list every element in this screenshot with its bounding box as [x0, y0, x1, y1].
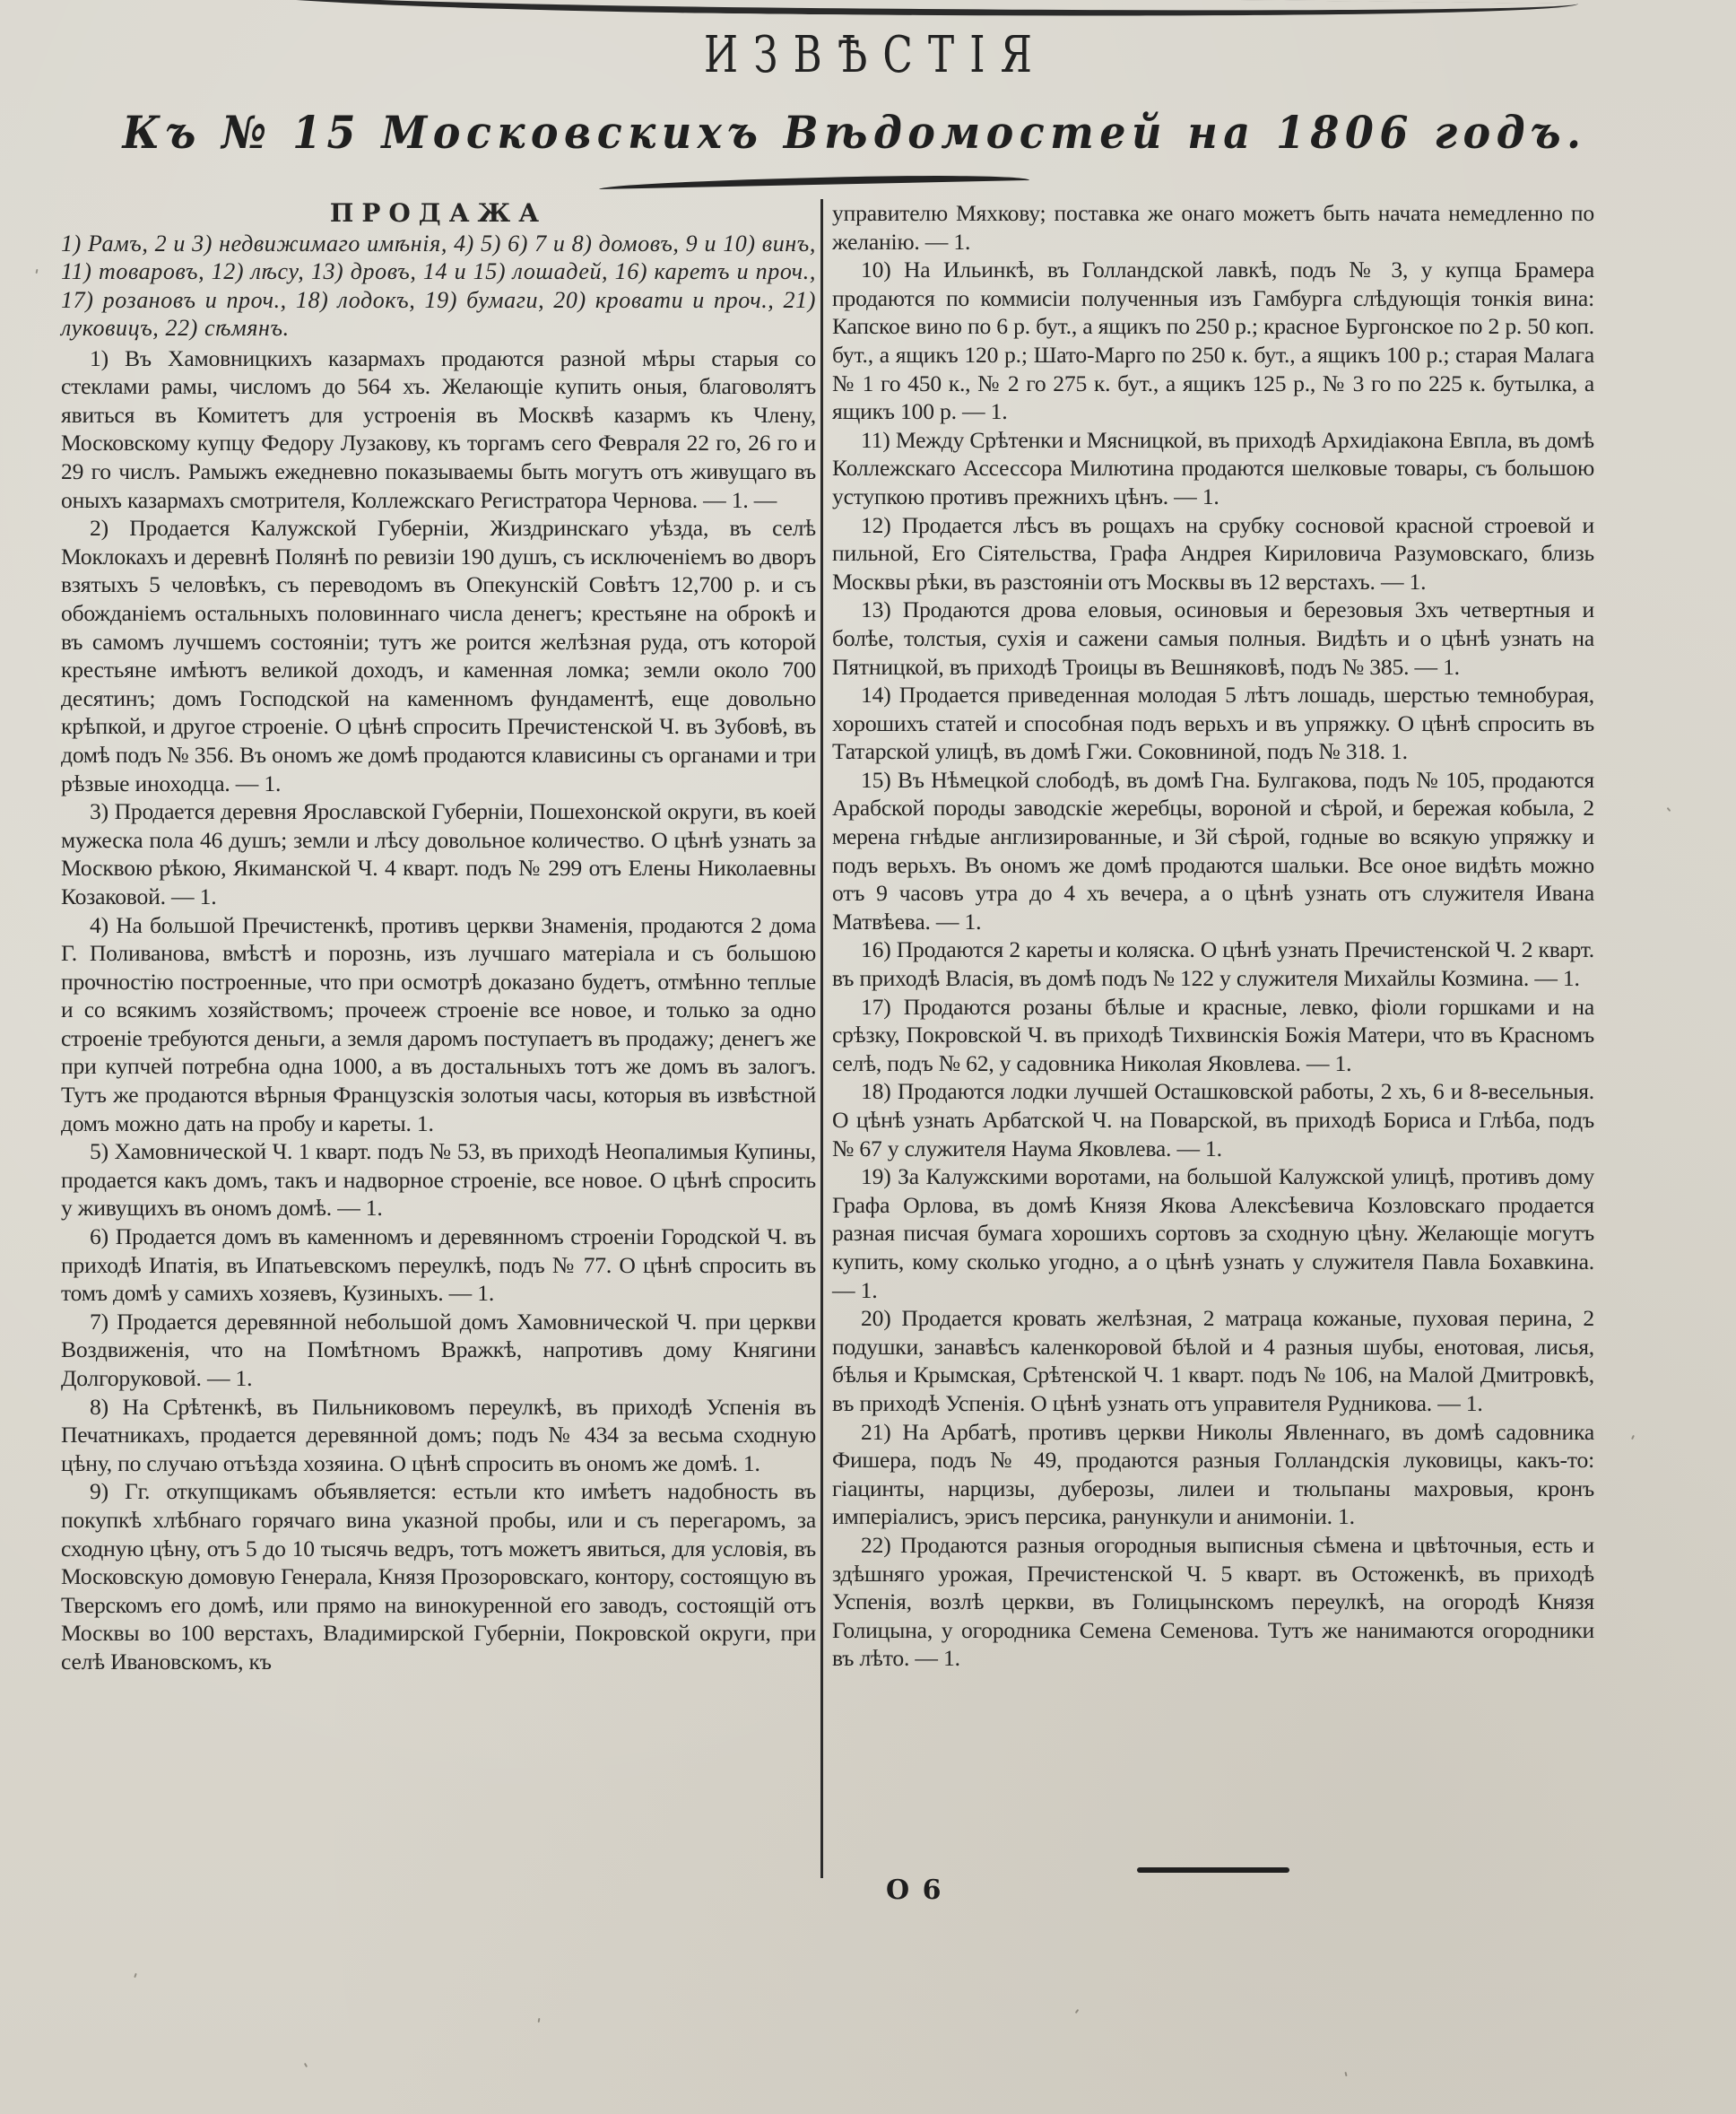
right-column: управителю Мяхкову; поставка же онаго мо…	[832, 199, 1594, 1673]
section-index: 1) Рамъ, 2 и 3) недвижимаго имѣнія, 4) 5…	[61, 230, 816, 343]
ad-number: 11)	[861, 427, 890, 453]
ad-number: 12)	[861, 512, 891, 538]
ad-entry-9: 9) Гг. откупщикамъ объявляется: естьли к…	[61, 1477, 816, 1675]
ad-entry-18: 18) Продаются лодки лучшей Осташковской …	[832, 1077, 1594, 1162]
ad-number: 14)	[861, 682, 891, 708]
ad-number: 16)	[861, 936, 891, 962]
ad-number: 19)	[861, 1163, 891, 1189]
ad-end-mark: — 1. —	[703, 487, 777, 513]
ad-end-mark: — 1.	[1414, 654, 1459, 680]
ad-number: 8)	[90, 1394, 108, 1420]
ad-entry-9-continued: управителю Мяхкову; поставка же онаго мо…	[832, 199, 1594, 256]
ad-entry-7: 7) Продается деревянной небольшой домъ Х…	[61, 1308, 816, 1393]
ad-entry-13: 13) Продаются дрова еловыя, осиновыя и б…	[832, 596, 1594, 681]
ad-number: 17)	[861, 994, 891, 1020]
ad-end-mark: — 1.	[337, 1195, 382, 1221]
ad-entry-20: 20) Продается кровать желѣзная, 2 матрац…	[832, 1304, 1594, 1417]
ad-end-mark: — 1.	[832, 1277, 877, 1303]
ad-entry-3: 3) Продается деревня Ярославской Губерні…	[61, 797, 816, 910]
section-title: ПРОДАЖА	[61, 199, 816, 228]
ad-text: На Ильинкѣ, въ Голландской лавкѣ, подъ №…	[832, 257, 1594, 424]
footer-divider-rule	[1137, 1867, 1289, 1873]
ad-end-mark: — 1.	[925, 229, 970, 255]
ad-entry-4: 4) На большой Пречистенкѣ, противъ церкв…	[61, 911, 816, 1138]
ad-number: 13)	[861, 596, 891, 622]
ad-number: 2)	[90, 515, 108, 541]
ad-text: Гг. откупщикамъ объявляется: естьли кто …	[61, 1478, 816, 1675]
ad-entry-6: 6) Продается домъ въ каменномъ и деревян…	[61, 1222, 816, 1308]
ad-end-mark: — 1.	[207, 1365, 252, 1391]
ad-text: Продается домъ въ каменномъ и деревянном…	[61, 1223, 816, 1306]
ad-text: На Срѣтенкѣ, въ Пильниковомъ переулкѣ, в…	[61, 1394, 816, 1476]
ad-end-mark: — 1.	[962, 398, 1007, 424]
left-column: ПРОДАЖА 1) Рамъ, 2 и 3) недвижимаго имѣн…	[61, 199, 816, 1676]
ad-end-mark: — 1.	[915, 1645, 959, 1671]
ad-text: На большой Пречистенкѣ, противъ церкви З…	[61, 912, 816, 1136]
ad-entry-1: 1) Въ Хамовницкихъ казармахъ продаются р…	[61, 344, 816, 515]
ad-number: 4)	[90, 912, 108, 938]
ad-end-mark: — 1.	[1306, 1050, 1351, 1076]
ad-end-mark: 1.	[743, 1450, 760, 1476]
ad-number: 9)	[90, 1478, 108, 1504]
ad-text: Продается Калужской Губерніи, Жиздринска…	[61, 515, 816, 796]
ad-end-mark: — 1.	[1174, 483, 1219, 509]
ad-number: 18)	[861, 1078, 891, 1104]
ad-number: 1)	[90, 345, 108, 371]
ad-end-mark: — 1.	[936, 909, 981, 935]
ad-text: За Калужскими воротами, на большой Калуж…	[832, 1163, 1594, 1274]
masthead: ИЗВѢСТІЯ Къ № 15 Московскихъ Вѣдомостей …	[0, 27, 1736, 160]
printer-signature-mark: О 6	[886, 1875, 942, 1906]
masthead-title: ИЗВѢСТІЯ	[191, 27, 1545, 84]
ad-text: Продаются дрова еловыя, осиновыя и берез…	[832, 596, 1594, 679]
ad-entry-2: 2) Продается Калужской Губерніи, Жиздрин…	[61, 514, 816, 797]
ad-number: 5)	[90, 1138, 108, 1164]
ad-end-mark: 1.	[1391, 738, 1408, 764]
ad-entry-21: 21) На Арбатѣ, противъ церкви Николы Явл…	[832, 1418, 1594, 1531]
ad-end-mark: — 1.	[1534, 965, 1579, 991]
ad-entry-5: 5) Хамовнической Ч. 1 кварт. подъ № 53, …	[61, 1137, 816, 1222]
ad-entry-11: 11) Между Срѣтенки и Мясницкой, въ прихо…	[832, 426, 1594, 511]
ad-number: 15)	[861, 767, 891, 793]
ad-end-mark: — 1.	[1176, 1135, 1221, 1161]
ad-entry-16: 16) Продаются 2 кареты и коляска. О цѣнѣ…	[832, 935, 1594, 992]
column-divider	[820, 199, 823, 1878]
ad-entry-12: 12) Продается лѣсъ въ рощахъ на срубку с…	[832, 511, 1594, 596]
ad-entry-15: 15) Въ Нѣмецкой слободѣ, въ домѣ Гна. Бу…	[832, 766, 1594, 936]
ad-number: 21)	[861, 1419, 891, 1445]
ad-text: Продаются розаны бѣлые и красные, левко,…	[832, 994, 1594, 1076]
ad-entry-22: 22) Продаются разныя огородныя выписныя …	[832, 1531, 1594, 1673]
masthead-subtitle: Къ № 15 Московскихъ Вѣдомостей на 1806 г…	[44, 106, 1666, 160]
ad-number: 22)	[861, 1532, 891, 1558]
ad-end-mark: 1.	[417, 1110, 434, 1136]
ad-end-mark: — 1.	[171, 883, 216, 909]
ad-text: На Арбатѣ, противъ церкви Николы Явленна…	[832, 1419, 1594, 1530]
ad-end-mark: — 1.	[449, 1280, 494, 1306]
ad-end-mark: — 1.	[1381, 569, 1426, 595]
ad-end-mark: — 1.	[1437, 1390, 1482, 1416]
ad-number: 10)	[861, 257, 891, 283]
ad-entry-17: 17) Продаются розаны бѣлые и красные, ле…	[832, 993, 1594, 1078]
ad-end-mark: 1.	[1338, 1503, 1355, 1529]
ad-text: Продается лѣсъ въ рощахъ на срубку сосно…	[832, 512, 1594, 595]
ad-number: 6)	[90, 1223, 108, 1249]
ad-entry-14: 14) Продается приведенная молодая 5 лѣтъ…	[832, 681, 1594, 766]
ad-end-mark: — 1.	[236, 770, 281, 796]
ad-entry-8: 8) На Срѣтенкѣ, въ Пильниковомъ переулкѣ…	[61, 1393, 816, 1478]
ad-text: Продается деревянной небольшой домъ Хамо…	[61, 1309, 816, 1391]
ad-text: Продается приведенная молодая 5 лѣтъ лош…	[832, 682, 1594, 764]
ad-text: Продаются 2 кареты и коляска. О цѣнѣ узн…	[832, 936, 1594, 991]
ad-number: 3)	[90, 798, 108, 824]
ad-number: 7)	[90, 1309, 108, 1335]
ad-number: 20)	[861, 1305, 891, 1331]
ad-entry-19: 19) За Калужскими воротами, на большой К…	[832, 1162, 1594, 1304]
ad-text: Хамовнической Ч. 1 кварт. подъ № 53, въ …	[61, 1138, 816, 1221]
ad-entry-10: 10) На Ильинкѣ, въ Голландской лавкѣ, по…	[832, 256, 1594, 426]
